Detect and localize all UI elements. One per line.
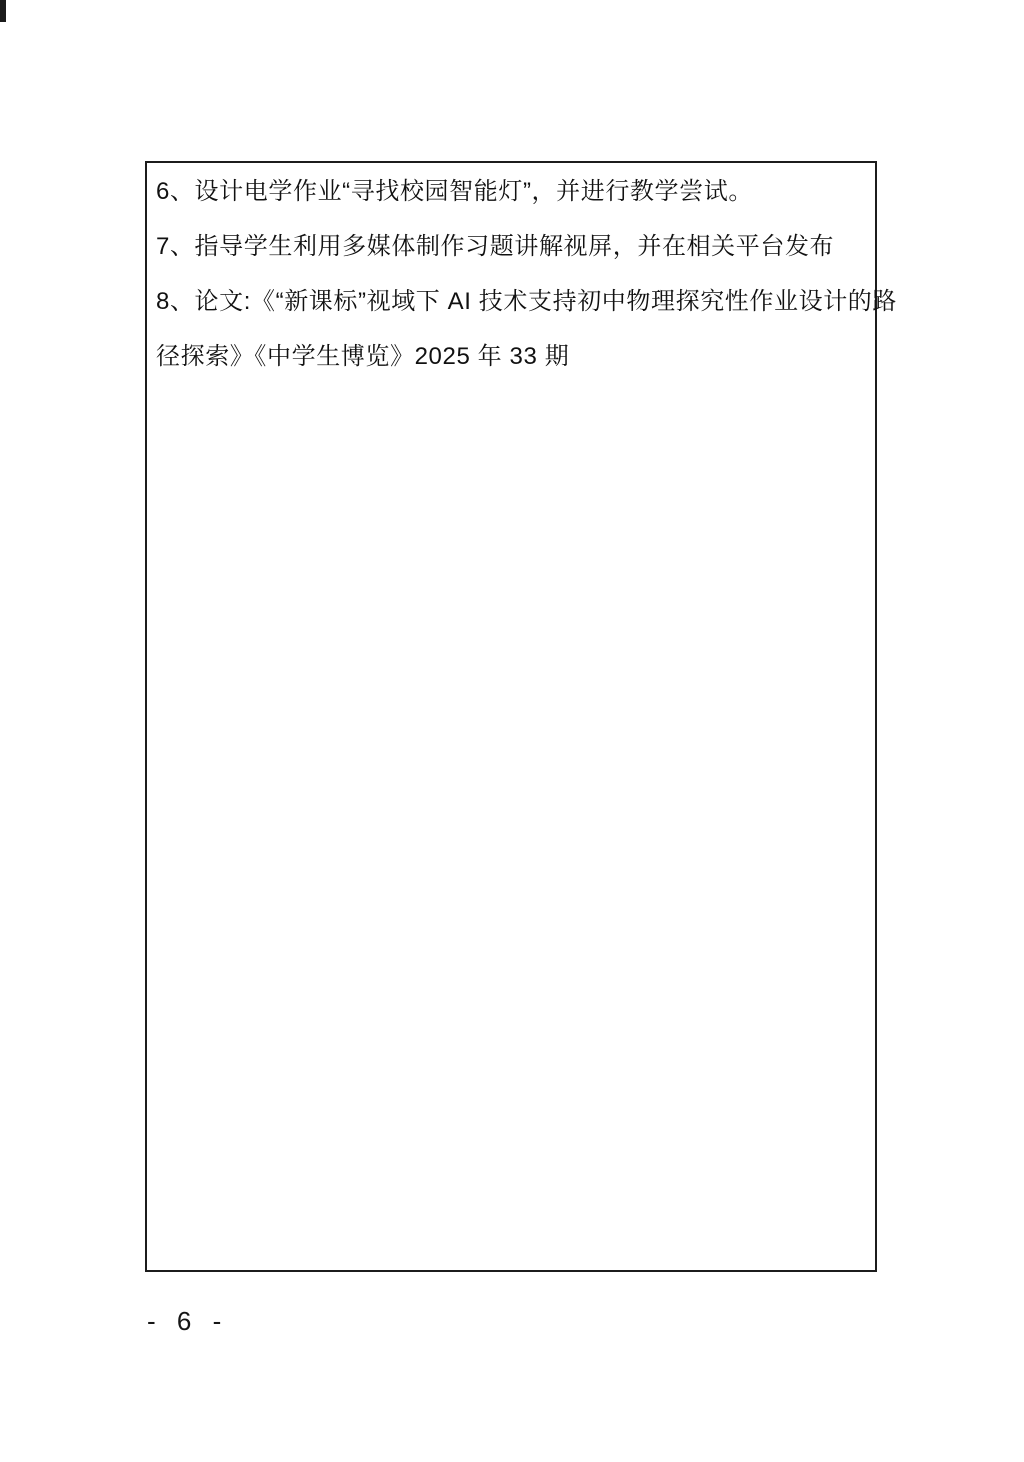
list-item-8-line-2: 径探索》《中学生博览》2025 年 33 期 [156, 329, 869, 384]
list-item-8-line-1: 8、论文:《“新课标”视域下 AI 技术支持初中物理探究性作业设计的路 [156, 274, 869, 329]
page-number: - 6 - [147, 1306, 228, 1337]
list-item-6-line: 6、设计电学作业“寻找校园智能灯”，并进行教学尝试。 [156, 164, 869, 219]
list-text-block: 6、设计电学作业“寻找校园智能灯”，并进行教学尝试。 7、指导学生利用多媒体制作… [156, 164, 869, 384]
scanned-document-page: { "page": { "number_label": "- 6 -" }, "… [0, 0, 1024, 1462]
document-border-box: 6、设计电学作业“寻找校园智能灯”，并进行教学尝试。 7、指导学生利用多媒体制作… [145, 161, 877, 1272]
scan-artifact-mark [0, 0, 6, 22]
list-item-7-line: 7、指导学生利用多媒体制作习题讲解视屏，并在相关平台发布 [156, 219, 869, 274]
